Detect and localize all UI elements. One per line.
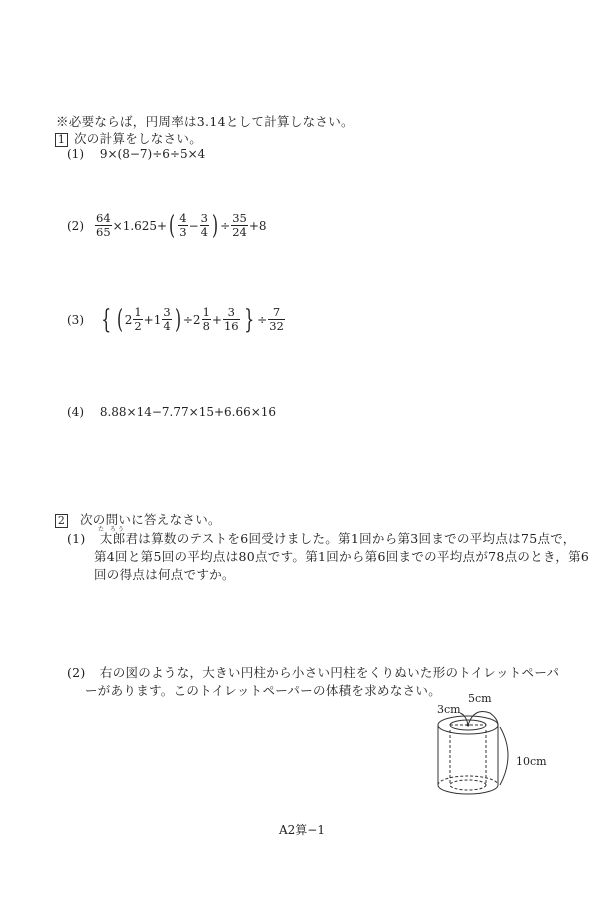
- toilet-paper-figure: 3cm 5cm 10cm: [430, 695, 570, 805]
- problem-2-1-line-2: 第4回と第5回の平均点は80点です。第1回から第6回までの平均点が78点のとき，…: [94, 547, 589, 565]
- fraction: 6465: [95, 212, 112, 239]
- problem-1-2: (2) 6465 ×1.625+ ( 43 − 34 ) ÷ 3524 +8: [67, 212, 267, 239]
- outer-radius-label: 5cm: [468, 692, 492, 705]
- section-2-header: 2次の問いに答えなさい。: [55, 510, 221, 528]
- problem-label: (2): [67, 219, 84, 233]
- section-1-heading: 次の計算をしなさい。: [74, 131, 202, 146]
- height-label: 10cm: [516, 755, 547, 768]
- problem-label: (1): [67, 147, 84, 161]
- fraction: 12: [133, 306, 142, 333]
- fraction: 732: [268, 306, 285, 333]
- problem-1-1: (1) 9×(8−7)÷6÷5×4: [67, 147, 205, 161]
- problem-1-3: (3) {( 2 12 +1 34 ) ÷2 18 + 316 } ÷ 732: [67, 306, 286, 333]
- problem-label: (2): [67, 665, 86, 680]
- problem-2-2: (2) 右の図のような，大きい円柱から小さい円柱をくりぬいた形のトイレットペーパ: [67, 663, 559, 681]
- section-number-box: 1: [55, 133, 68, 147]
- fraction: 34: [200, 212, 209, 239]
- problem-label: (3): [67, 313, 84, 327]
- fraction: 3524: [231, 212, 248, 239]
- problem-label: (1): [67, 531, 86, 546]
- problem-2-1-line-3: 回の得点は何点ですか。: [94, 565, 235, 583]
- section-1-header: 1次の計算をしなさい。: [55, 129, 202, 147]
- problem-label: (4): [67, 405, 84, 419]
- problem-1-4: (4) 8.88×14−7.77×15+6.66×16: [67, 405, 276, 419]
- page-footer: A2算−1: [279, 821, 325, 838]
- problem-2-1: (1) 太郎君は算数のテストを6回受けました。第1回から第3回までの平均点は75…: [67, 529, 576, 547]
- problem-expression: 9×(8−7)÷6÷5×4: [100, 147, 205, 161]
- inner-radius-label: 3cm: [437, 703, 461, 716]
- fraction: 316: [223, 306, 240, 333]
- pi-note: ※必要ならば，円周率は3.14として計算しなさい。: [56, 112, 354, 130]
- fraction: 43: [178, 212, 187, 239]
- fraction: 18: [202, 306, 211, 333]
- problem-expression: 8.88×14−7.77×15+6.66×16: [100, 405, 276, 419]
- fraction: 34: [162, 306, 171, 333]
- section-number-box: 2: [55, 514, 68, 528]
- problem-2-2-line-2: ーがあります。このトイレットペーパーの体積を求めなさい。: [85, 681, 441, 699]
